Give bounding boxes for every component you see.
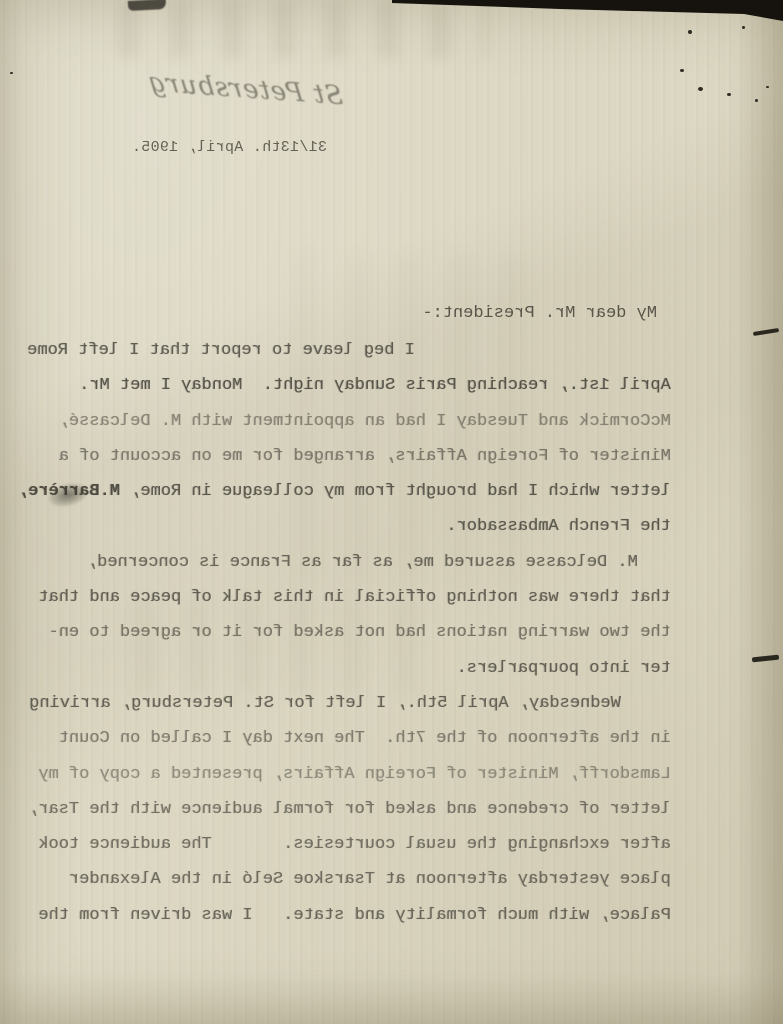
letter-body: I beg leave to report that I left Rome A… <box>11 333 671 933</box>
ink-speck <box>742 26 745 29</box>
date-line: 31/13th. April, 1905. <box>132 139 327 156</box>
typed-line: after exchanging the usual courtesies. T… <box>11 827 671 862</box>
typed-line: in the afternoon of the 7th. The next da… <box>11 721 671 756</box>
typed-line: April 1st., reaching Paris Sunday night.… <box>11 368 671 403</box>
typed-line: letter of credence and asked for formal … <box>11 792 671 827</box>
typed-line: Minister of Foreign Affairs, arranged fo… <box>11 439 671 474</box>
typed-line: McCormick and Tuesday I had an appointme… <box>11 404 671 439</box>
letter-scan-page: St Petersburg 31/13th. April, 1905. My d… <box>0 0 783 1024</box>
mirrored-letter-layer: St Petersburg 31/13th. April, 1905. My d… <box>0 0 783 1024</box>
typed-line: place yesterday afternoon at Tsarskoe Se… <box>11 862 671 897</box>
typed-line: I beg leave to report that I left Rome <box>11 333 671 368</box>
typed-line: M. Delcasse assured me, as far as France… <box>11 545 671 580</box>
ink-speck <box>680 69 684 72</box>
ink-speck <box>10 72 13 74</box>
typed-line: Wednesday, April 5th., I left for St. Pe… <box>11 686 671 721</box>
handwritten-note: St Petersburg <box>142 67 345 111</box>
typed-line: the French Ambassador. <box>11 509 671 544</box>
typed-line: Palace, with much formality and state. I… <box>11 898 671 933</box>
ink-speck <box>766 86 769 88</box>
ink-speck <box>698 87 703 91</box>
typed-line: letter which I had brought from my colle… <box>11 474 671 509</box>
ink-speck <box>727 93 731 96</box>
typed-line: that there was nothing official in this … <box>11 580 671 615</box>
typed-line: ter into pourparlers. <box>11 651 671 686</box>
typed-line: the two warring nations had not asked fo… <box>11 615 671 650</box>
typed-line: Lamsdorff, Minister of Foreign Affairs, … <box>11 757 671 792</box>
salutation-line: My dear Mr. President:- <box>422 304 657 323</box>
ink-speck <box>688 30 692 34</box>
ink-speck <box>755 99 758 102</box>
